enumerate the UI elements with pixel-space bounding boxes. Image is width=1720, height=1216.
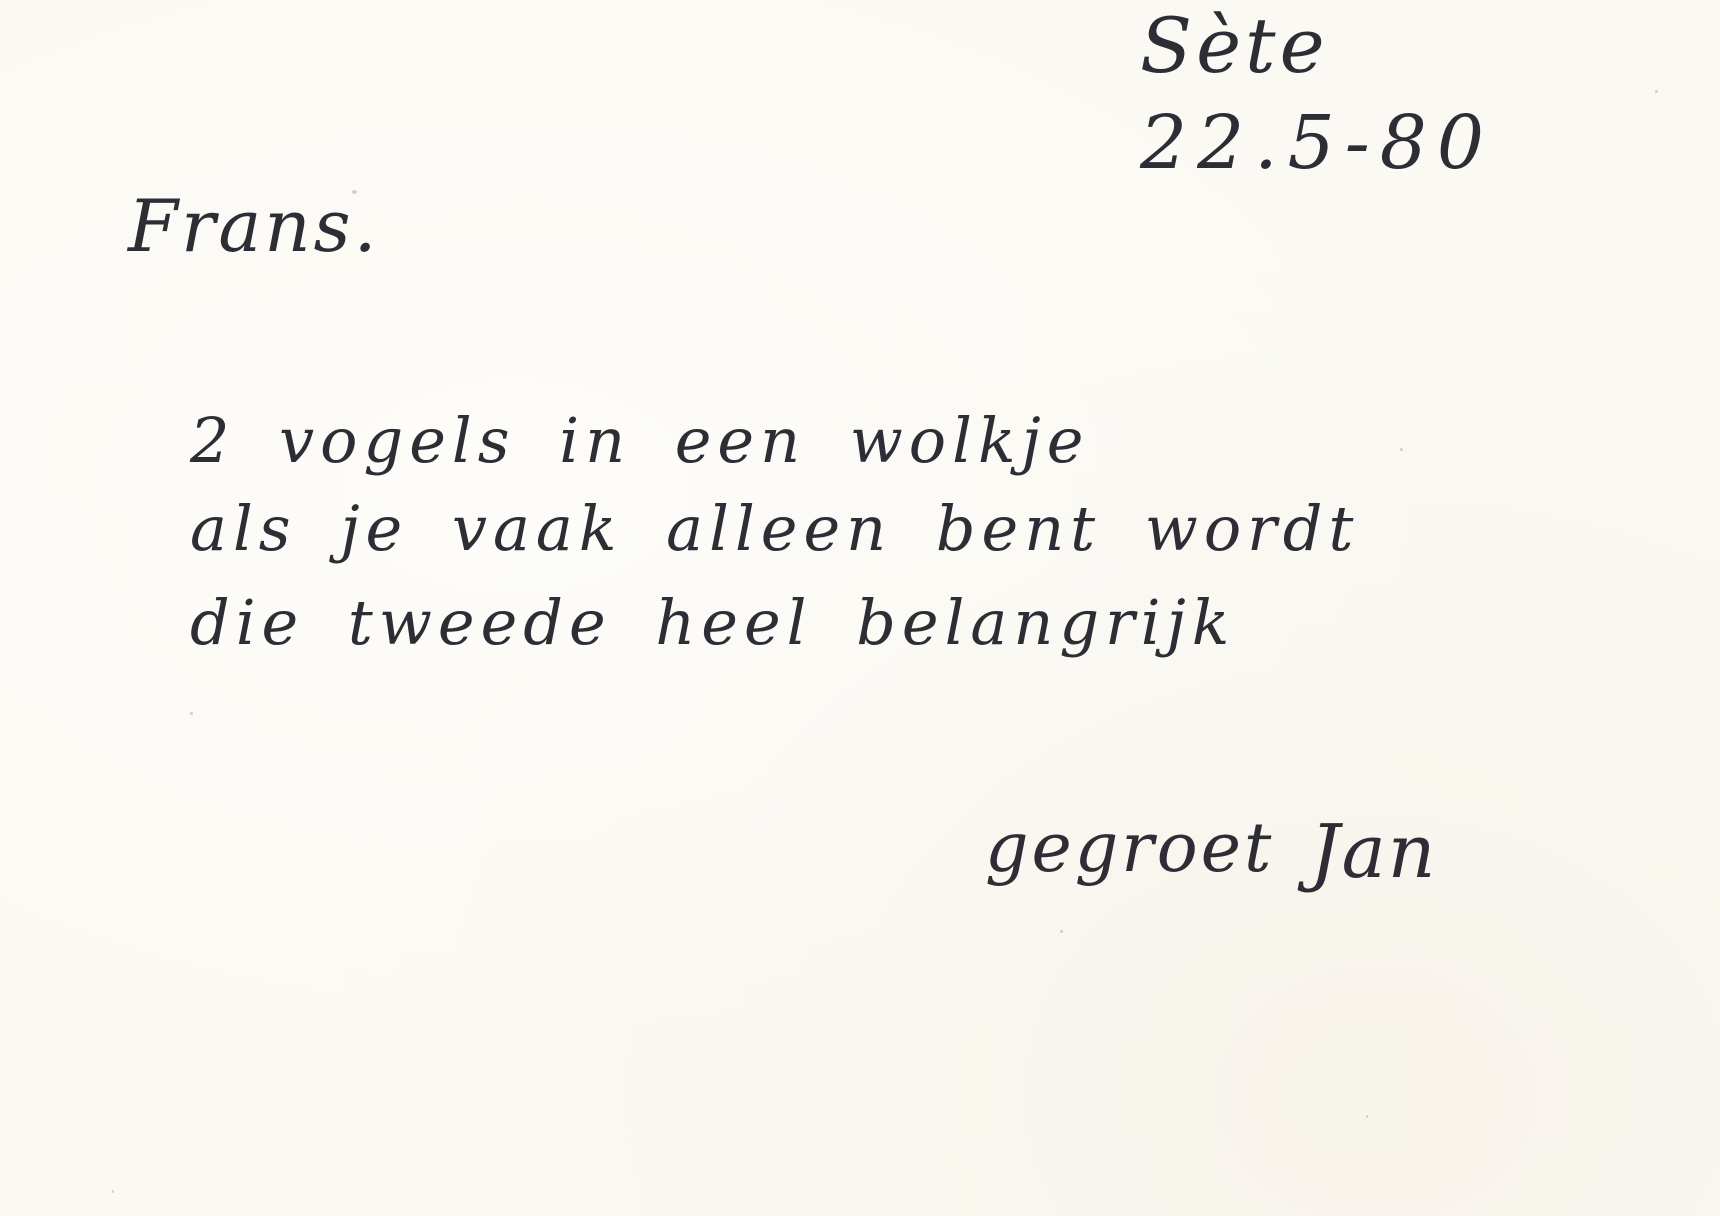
paper-speck [190,712,193,715]
paper-speck [1366,1115,1368,1118]
letter-closing: gegroet [985,815,1274,883]
paper-speck [1060,930,1063,933]
letter-date: 22.5-80 [1140,106,1494,180]
letter-body-line-2: als je vaak alleen bent wordt [190,498,1359,560]
letter-signature: Jan [1310,815,1437,889]
paper-speck [112,1190,114,1193]
letter-body-line-1: 2 vogels in een wolkje [190,410,1089,472]
paper-speck [1655,90,1658,93]
paper-speck [352,190,357,194]
paper-speck [1400,448,1403,451]
letter-salutation: Frans. [128,190,380,262]
handwritten-letter-page: Sète 22.5-80 Frans. 2 vogels in een wolk… [0,0,1720,1216]
letter-body-line-3: die tweede heel belangrijk [190,592,1235,654]
letter-place: Sète [1140,8,1329,84]
